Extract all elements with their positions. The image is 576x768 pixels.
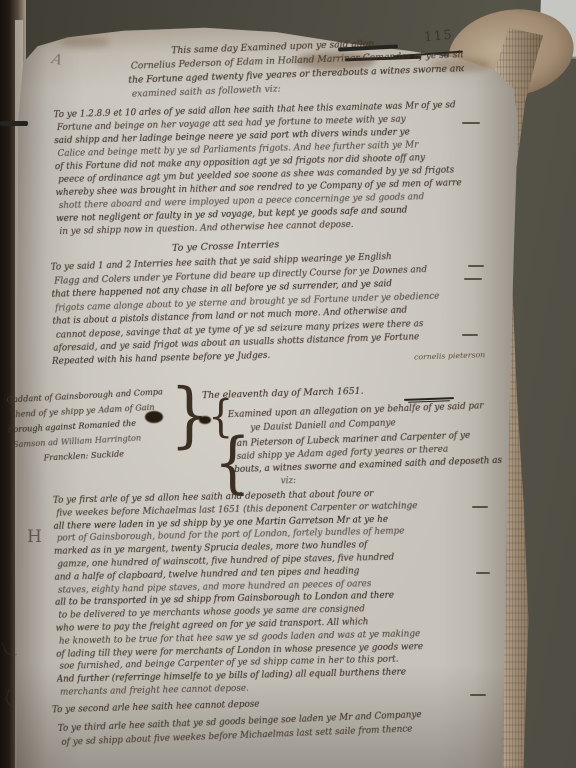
margin-case-note: Gaddant of Gainsborough and Compahend of…: [6, 384, 180, 468]
top-edge-stain: [60, 36, 110, 48]
line-end-dash: [464, 278, 482, 280]
deposition-heading: This same day Examined upon ye said allo…: [127, 34, 465, 102]
line-end-dash: [462, 122, 480, 124]
manuscript-photograph: 115 A H This same day Examined upon ye s…: [0, 0, 576, 768]
deposition-answer: To ye 1.2.8.9 et 10 arles of ye said all…: [53, 99, 480, 239]
line-end-dash: [472, 506, 488, 508]
margin-ink-dash: [0, 121, 28, 126]
margin-brace: }: [170, 373, 209, 457]
deponent-introduction: Jan Pieterson of Lubeck mariner and Carp…: [233, 428, 527, 490]
cross-interrogatories-answer: To ye said 1 and 2 Interries hee saith t…: [51, 248, 486, 356]
pencil-mark-h: H: [27, 527, 42, 547]
ink-blot: [145, 411, 163, 423]
line-end-dash: [468, 265, 484, 267]
line-end-dash: [470, 694, 486, 696]
line-end-dash: [476, 572, 490, 574]
first-article-answer: To ye first arle of ye sd allon hee sait…: [53, 485, 515, 699]
line-end-dash: [462, 334, 478, 336]
